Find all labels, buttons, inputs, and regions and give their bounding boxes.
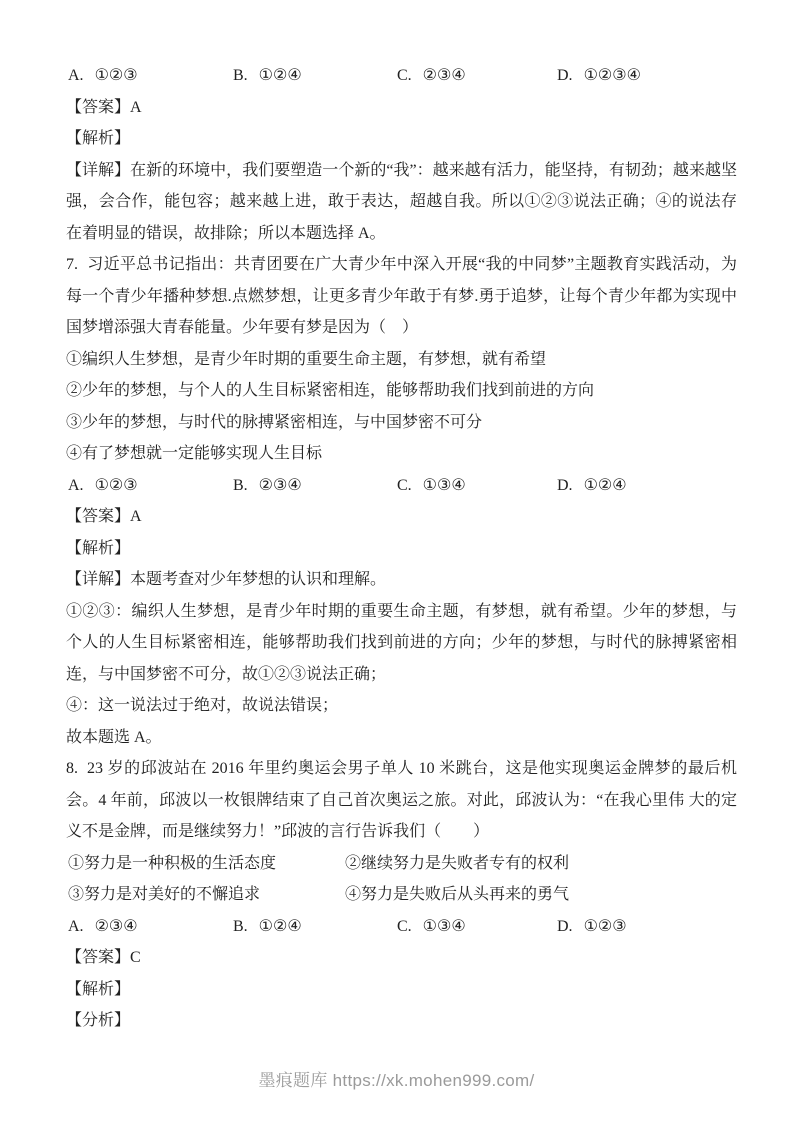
analysis-label: 【解析】 bbox=[66, 981, 130, 998]
q7-detail-item4: ④：这一说法过于绝对，故说法错误； bbox=[66, 690, 737, 722]
analysis-label: 【解析】 bbox=[66, 540, 130, 557]
q7-answer-line: 【答案】A bbox=[66, 501, 737, 533]
option-key: B. bbox=[233, 918, 248, 935]
answer-label: 【答案】 bbox=[66, 949, 130, 966]
footer-watermark-text: 墨痕题库 https://xk.mohen999.com/ bbox=[258, 1071, 534, 1090]
exam-document-page: A.①②③ B.①②④ C.②③④ D.①②③④ 【答案】A 【解析】 【详解】… bbox=[0, 0, 793, 1037]
option-key: B. bbox=[233, 477, 248, 494]
q7-number: 7. bbox=[66, 256, 78, 273]
option-value: ①②③④ bbox=[584, 67, 641, 84]
q8-item-3: ③努力是对美好的不懈追求 bbox=[68, 879, 345, 911]
q8-option-d: D.①②③ bbox=[557, 911, 737, 943]
q7-item-2: ②少年的梦想，与个人的人生目标紧密相连，能够帮助我们找到前进的方向 bbox=[66, 375, 737, 407]
q7-detail-items123: ①②③：编织人生梦想，是青少年时期的重要生命主题，有梦想，就有希望。少年的梦想，… bbox=[66, 596, 737, 691]
footer-watermark: 墨痕题库 https://xk.mohen999.com/ bbox=[0, 1066, 793, 1091]
q7-stem-paragraph: 7.习近平总书记指出：共青团要在广大青少年中深入开展“我的中同梦”主题教育实践活… bbox=[66, 249, 737, 344]
q6-option-a: A.①②③ bbox=[68, 60, 233, 92]
q7-item-4: ④有了梦想就一定能够实现人生目标 bbox=[66, 438, 737, 470]
review-label: 【分析】 bbox=[66, 1012, 130, 1029]
option-key: A. bbox=[68, 67, 84, 84]
answer-label: 【答案】 bbox=[66, 508, 130, 525]
q7-option-d: D.①②④ bbox=[557, 470, 737, 502]
q8-items-row-1: ①努力是一种积极的生活态度 ②继续努力是失败者专有的权利 bbox=[66, 848, 737, 880]
q6-option-c: C.②③④ bbox=[397, 60, 557, 92]
q7-conclusion: 故本题选 A。 bbox=[66, 722, 737, 754]
option-value: ①②③ bbox=[584, 918, 627, 935]
option-key: A. bbox=[68, 477, 84, 494]
q8-option-c: C.①③④ bbox=[397, 911, 557, 943]
q8-option-a: A.②③④ bbox=[68, 911, 233, 943]
q6-options-row: A.①②③ B.①②④ C.②③④ D.①②③④ bbox=[66, 60, 737, 92]
option-key: C. bbox=[397, 918, 412, 935]
q8-items-row-2: ③努力是对美好的不懈追求 ④努力是失败后从头再来的勇气 bbox=[66, 879, 737, 911]
q7-stem-text: 习近平总书记指出：共青团要在广大青少年中深入开展“我的中同梦”主题教育实践活动，… bbox=[66, 256, 737, 336]
option-value: ①②④ bbox=[259, 67, 302, 84]
option-value: ②③④ bbox=[423, 67, 466, 84]
option-key: B. bbox=[233, 67, 248, 84]
option-key: C. bbox=[397, 67, 412, 84]
q8-number: 8. bbox=[66, 760, 78, 777]
option-value: ①③④ bbox=[423, 918, 466, 935]
answer-value: C bbox=[130, 949, 141, 966]
option-value: ①②③ bbox=[95, 477, 138, 494]
q6-option-d: D.①②③④ bbox=[557, 60, 737, 92]
option-key: D. bbox=[557, 67, 573, 84]
q6-analysis-label: 【解析】 bbox=[66, 123, 737, 155]
q6-detail-paragraph: 【详解】在新的环境中，我们要塑造一个新的“我”：越来越有活力，能坚持，有韧劲；越… bbox=[66, 155, 737, 250]
answer-label: 【答案】 bbox=[66, 99, 130, 116]
q7-detail-intro: 【详解】本题考查对少年梦想的认识和理解。 bbox=[66, 564, 737, 596]
q7-item-1: ①编织人生梦想，是青少年时期的重要生命主题，有梦想，就有希望 bbox=[66, 344, 737, 376]
q8-item-2: ②继续努力是失败者专有的权利 bbox=[345, 848, 737, 880]
answer-value: A bbox=[130, 99, 142, 116]
q8-option-b: B.①②④ bbox=[233, 911, 397, 943]
q8-stem-text: 23 岁的邱波站在 2016 年里约奥运会男子单人 10 米跳台，这是他实现奥运… bbox=[66, 760, 737, 840]
q7-analysis-label: 【解析】 bbox=[66, 533, 737, 565]
option-value: ①③④ bbox=[423, 477, 466, 494]
option-value: ②③④ bbox=[259, 477, 302, 494]
q7-option-b: B.②③④ bbox=[233, 470, 397, 502]
q7-item-3: ③少年的梦想，与时代的脉搏紧密相连，与中国梦密不可分 bbox=[66, 407, 737, 439]
q8-item-1: ①努力是一种积极的生活态度 bbox=[68, 848, 345, 880]
q8-answer-line: 【答案】C bbox=[66, 942, 737, 974]
q7-option-a: A.①②③ bbox=[68, 470, 233, 502]
q6-option-b: B.①②④ bbox=[233, 60, 397, 92]
analysis-label: 【解析】 bbox=[66, 130, 130, 147]
answer-value: A bbox=[130, 508, 142, 525]
q8-review-label: 【分析】 bbox=[66, 1005, 737, 1037]
q8-stem-paragraph: 8.23 岁的邱波站在 2016 年里约奥运会男子单人 10 米跳台，这是他实现… bbox=[66, 753, 737, 848]
option-key: A. bbox=[68, 918, 84, 935]
q6-answer-line: 【答案】A bbox=[66, 92, 737, 124]
q8-item-4: ④努力是失败后从头再来的勇气 bbox=[345, 879, 737, 911]
option-key: D. bbox=[557, 477, 573, 494]
option-value: ②③④ bbox=[95, 918, 138, 935]
q7-option-c: C.①③④ bbox=[397, 470, 557, 502]
option-key: D. bbox=[557, 918, 573, 935]
option-value: ①②④ bbox=[259, 918, 302, 935]
q7-options-row: A.①②③ B.②③④ C.①③④ D.①②④ bbox=[66, 470, 737, 502]
q8-analysis-label: 【解析】 bbox=[66, 974, 737, 1006]
q8-options-row: A.②③④ B.①②④ C.①③④ D.①②③ bbox=[66, 911, 737, 943]
option-value: ①②④ bbox=[584, 477, 627, 494]
option-value: ①②③ bbox=[95, 67, 138, 84]
option-key: C. bbox=[397, 477, 412, 494]
